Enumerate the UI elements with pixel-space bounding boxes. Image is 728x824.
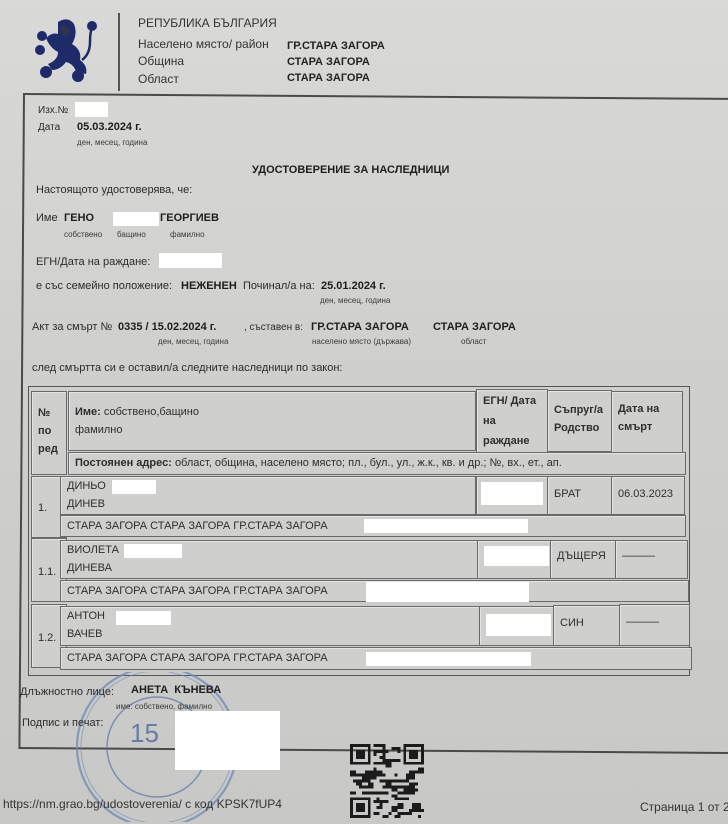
date-hint: ден, месец, година [77,138,147,147]
header-name-rest: собствено,бащино [104,406,199,418]
last-name: ГЕОРГИЕВ [160,212,219,224]
act-label: Акт за смърт № [32,321,112,333]
composed-place: ГР.СТАРА ЗАГОРА [311,321,409,333]
marital-value: НЕЖЕНЕН [181,280,237,292]
country-title: РЕПУБЛИКА БЪЛГАРИЯ [138,16,277,30]
redacted-row-1-egn [481,482,543,505]
row-3-death-date: ——— [619,604,690,646]
settlement-label: Населено място/ район [138,37,269,51]
header-address-bold: Постоянен адрес: [75,457,172,469]
qr-code-icon [350,744,424,818]
name-label: Име [36,212,58,224]
header-relation: Съпруг/а Родство [547,390,612,452]
header-egn: ЕГН/ Дата на раждане [476,389,548,453]
outgoing-number-label: Изх.№ [38,105,68,116]
marital-label: е със семейно положение: [36,280,172,292]
settlement-value: ГР.СТАРА ЗАГОРА [287,40,385,52]
redacted-outgoing-number [75,102,108,117]
act-hint: ден, месец, година [158,337,228,346]
redacted-row-2-egn [484,546,549,566]
redacted-egn [159,253,222,268]
official-hint: име: собствено, фамилно [116,702,212,711]
document-title: УДОСТОВЕРЕНИЕ ЗА НАСЛЕДНИЦИ [252,164,449,176]
act-value: 0335 / 15.02.2024 г. [118,321,216,333]
row-1-relation: БРАТ [547,476,612,515]
redacted-row-3-egn [486,614,551,636]
row-1-death-date: 06.03.2023 [611,476,685,515]
date-value: 05.03.2024 г. [77,121,142,133]
verification-link[interactable]: https://nm.grao.bg/udostoverenia/ с код … [3,797,282,811]
redacted-row-1-address [364,519,528,533]
row-1-last-name: ДИНЕВ [67,495,469,513]
redacted-row-3-middle-name [116,611,171,625]
official-name: АНЕТА КЪНЕВА [131,684,221,696]
name-hint-middle: бащино [117,230,146,239]
first-name: ГЕНО [64,212,94,224]
bulgarian-lion-coat-of-arms-icon [30,14,102,86]
composed-place-hint: населено място (държава) [312,337,411,346]
header-address-rest: област, община, населено място; пл., бул… [175,457,562,469]
header-egn-line1: ЕГН/ Дата [483,391,541,411]
municipality-value: СТАРА ЗАГОРА [287,56,370,68]
died-hint: ден, месец, година [320,296,390,305]
redacted-middle-name [113,212,159,226]
died-label: Починал/а на: [243,280,315,292]
header-no-line1: № [38,404,60,422]
redacted-row-2-address [366,582,529,602]
died-value: 25.01.2024 г. [321,280,386,292]
header-name-line2: фамилно [75,421,469,439]
region-label: Област [138,72,179,86]
row-2-last-name: ДИНЕВА [67,559,471,577]
header-name: Име: собствено,бащино фамилно [68,391,476,451]
header-divider [118,13,120,91]
row-3-relation: СИН [553,605,620,646]
heirs-intro: след смъртта си е оставил/а следните нас… [32,362,343,374]
page-number: Страница 1 от 2 [640,800,728,814]
row-2-name: ВИОЛЕТА ДИНЕВА [60,540,478,579]
header-name-bold: Име: [75,406,101,418]
header-death-date: Дата на смърт [611,391,683,453]
header-death-line2: смърт [618,418,676,436]
signature-label: Подпис и печат: [22,717,103,729]
header-no-line3: ред [38,440,60,458]
composed-label: , съставен в: [244,322,303,333]
redacted-row-1-middle-name [112,480,156,494]
composed-region-hint: област [461,337,486,346]
municipality-label: Община [138,54,184,68]
header-death-line1: Дата на [618,400,676,418]
header-egn-line3: раждане [483,431,541,451]
official-label: Длъжностно лице: [20,686,114,698]
redacted-row-2-middle-name [124,544,182,558]
intro-text: Настоящото удостоверява, че: [36,184,192,196]
redacted-row-3-address [366,652,531,666]
header-egn-line2: на [483,411,541,431]
header-relation-line2: Родство [554,419,605,437]
row-2-relation: ДЪЩЕРЯ [550,540,616,579]
egn-label: ЕГН/Дата на раждане: [36,256,150,268]
header-relation-line1: Съпруг/а [554,401,605,419]
name-hint-first: собствено [64,230,102,239]
name-hint-last: фамилно [170,230,205,239]
header-address: Постоянен адрес: област, община, населен… [68,452,686,475]
row-2-death-date: ——— [615,540,688,579]
row-3-last-name: ВАЧЕВ [67,625,473,643]
date-label: Дата [38,122,60,133]
header-no-line2: по [38,422,60,440]
redacted-signature [175,711,280,770]
composed-region: СТАРА ЗАГОРА [433,321,516,333]
stamp-number: 15 [130,718,159,748]
region-value: СТАРА ЗАГОРА [287,72,370,84]
header-no: № по ред [31,391,67,475]
